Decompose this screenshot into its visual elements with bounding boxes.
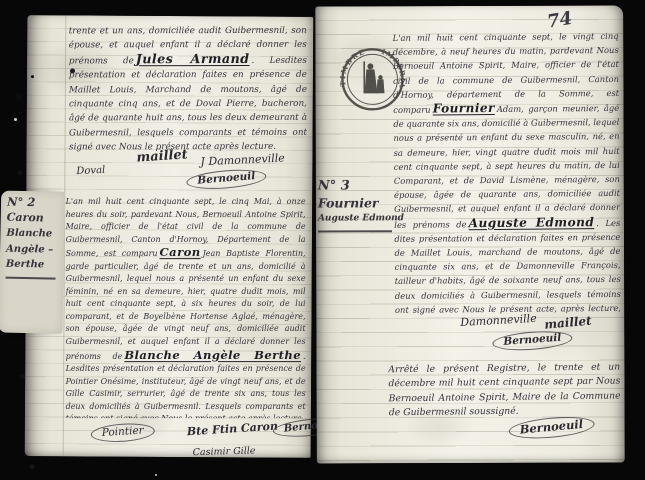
register-closing-text: Arrêté le présent Registre, le trente et… <box>388 360 621 425</box>
comparant-name-caron: Caron <box>160 245 201 259</box>
left-page: trente et un ans, domiciliée audit Guibe… <box>25 15 314 458</box>
margin-firstname-3: Berthe <box>6 257 62 274</box>
act-caron-text: L'an mil huit cent cinquante sept, le ci… <box>66 196 306 418</box>
act-fournier-text: L'an mil huit cent cinquante sept, le vi… <box>393 29 621 315</box>
child-name-blanche-angele-berthe: Blanche Angèle Berthe <box>124 348 301 362</box>
margin-surname: Caron <box>7 209 63 227</box>
act-fournier-part3: . Les dites présentation et déclaration … <box>394 218 621 315</box>
act-jules-text: trente et un ans, domiciliée audit Guibe… <box>69 24 307 155</box>
child-name-auguste-edmond: Auguste Edmond <box>469 215 595 230</box>
act-fournier-part2: Adam, garçon meunier, âgé de quarante si… <box>393 103 620 230</box>
margin-note-act2: N° 2 Caron Blanche Angèle – Berthe <box>0 191 65 334</box>
comparant-name-fournier: Fournier <box>433 101 495 116</box>
child-name-jules-armand: Jules Armand <box>136 52 250 67</box>
act-jules-after: . Lesdites présentation et déclaration f… <box>69 56 307 153</box>
signature-casimir-gille: Casimir Gille <box>193 445 256 458</box>
scan-speck <box>31 75 34 78</box>
margin-surname: Fournier <box>318 193 398 213</box>
scan-speck <box>14 118 17 121</box>
margin-firstname-1: Blanche <box>6 226 62 243</box>
act-caron-part2: Jean Baptiste Florentin, garde particuli… <box>66 249 306 360</box>
scanned-register-spread: trente et un ans, domiciliée audit Guibe… <box>0 0 645 480</box>
act-number: N° 2 <box>7 195 63 210</box>
act-number: N° 3 <box>318 178 398 193</box>
signature-doval: Doval <box>76 165 105 177</box>
margin-note-underline <box>6 276 56 279</box>
scan-speck <box>155 474 157 476</box>
margin-firstname-2: Angèle – <box>6 241 62 258</box>
right-page: 74 TIMBRE IMPERIAL <box>315 5 625 463</box>
margin-note-underline <box>318 231 392 233</box>
margin-firstnames: Auguste Edmond <box>318 213 398 227</box>
margin-note-act3: N° 3 Fournier Auguste Edmond <box>318 178 398 233</box>
